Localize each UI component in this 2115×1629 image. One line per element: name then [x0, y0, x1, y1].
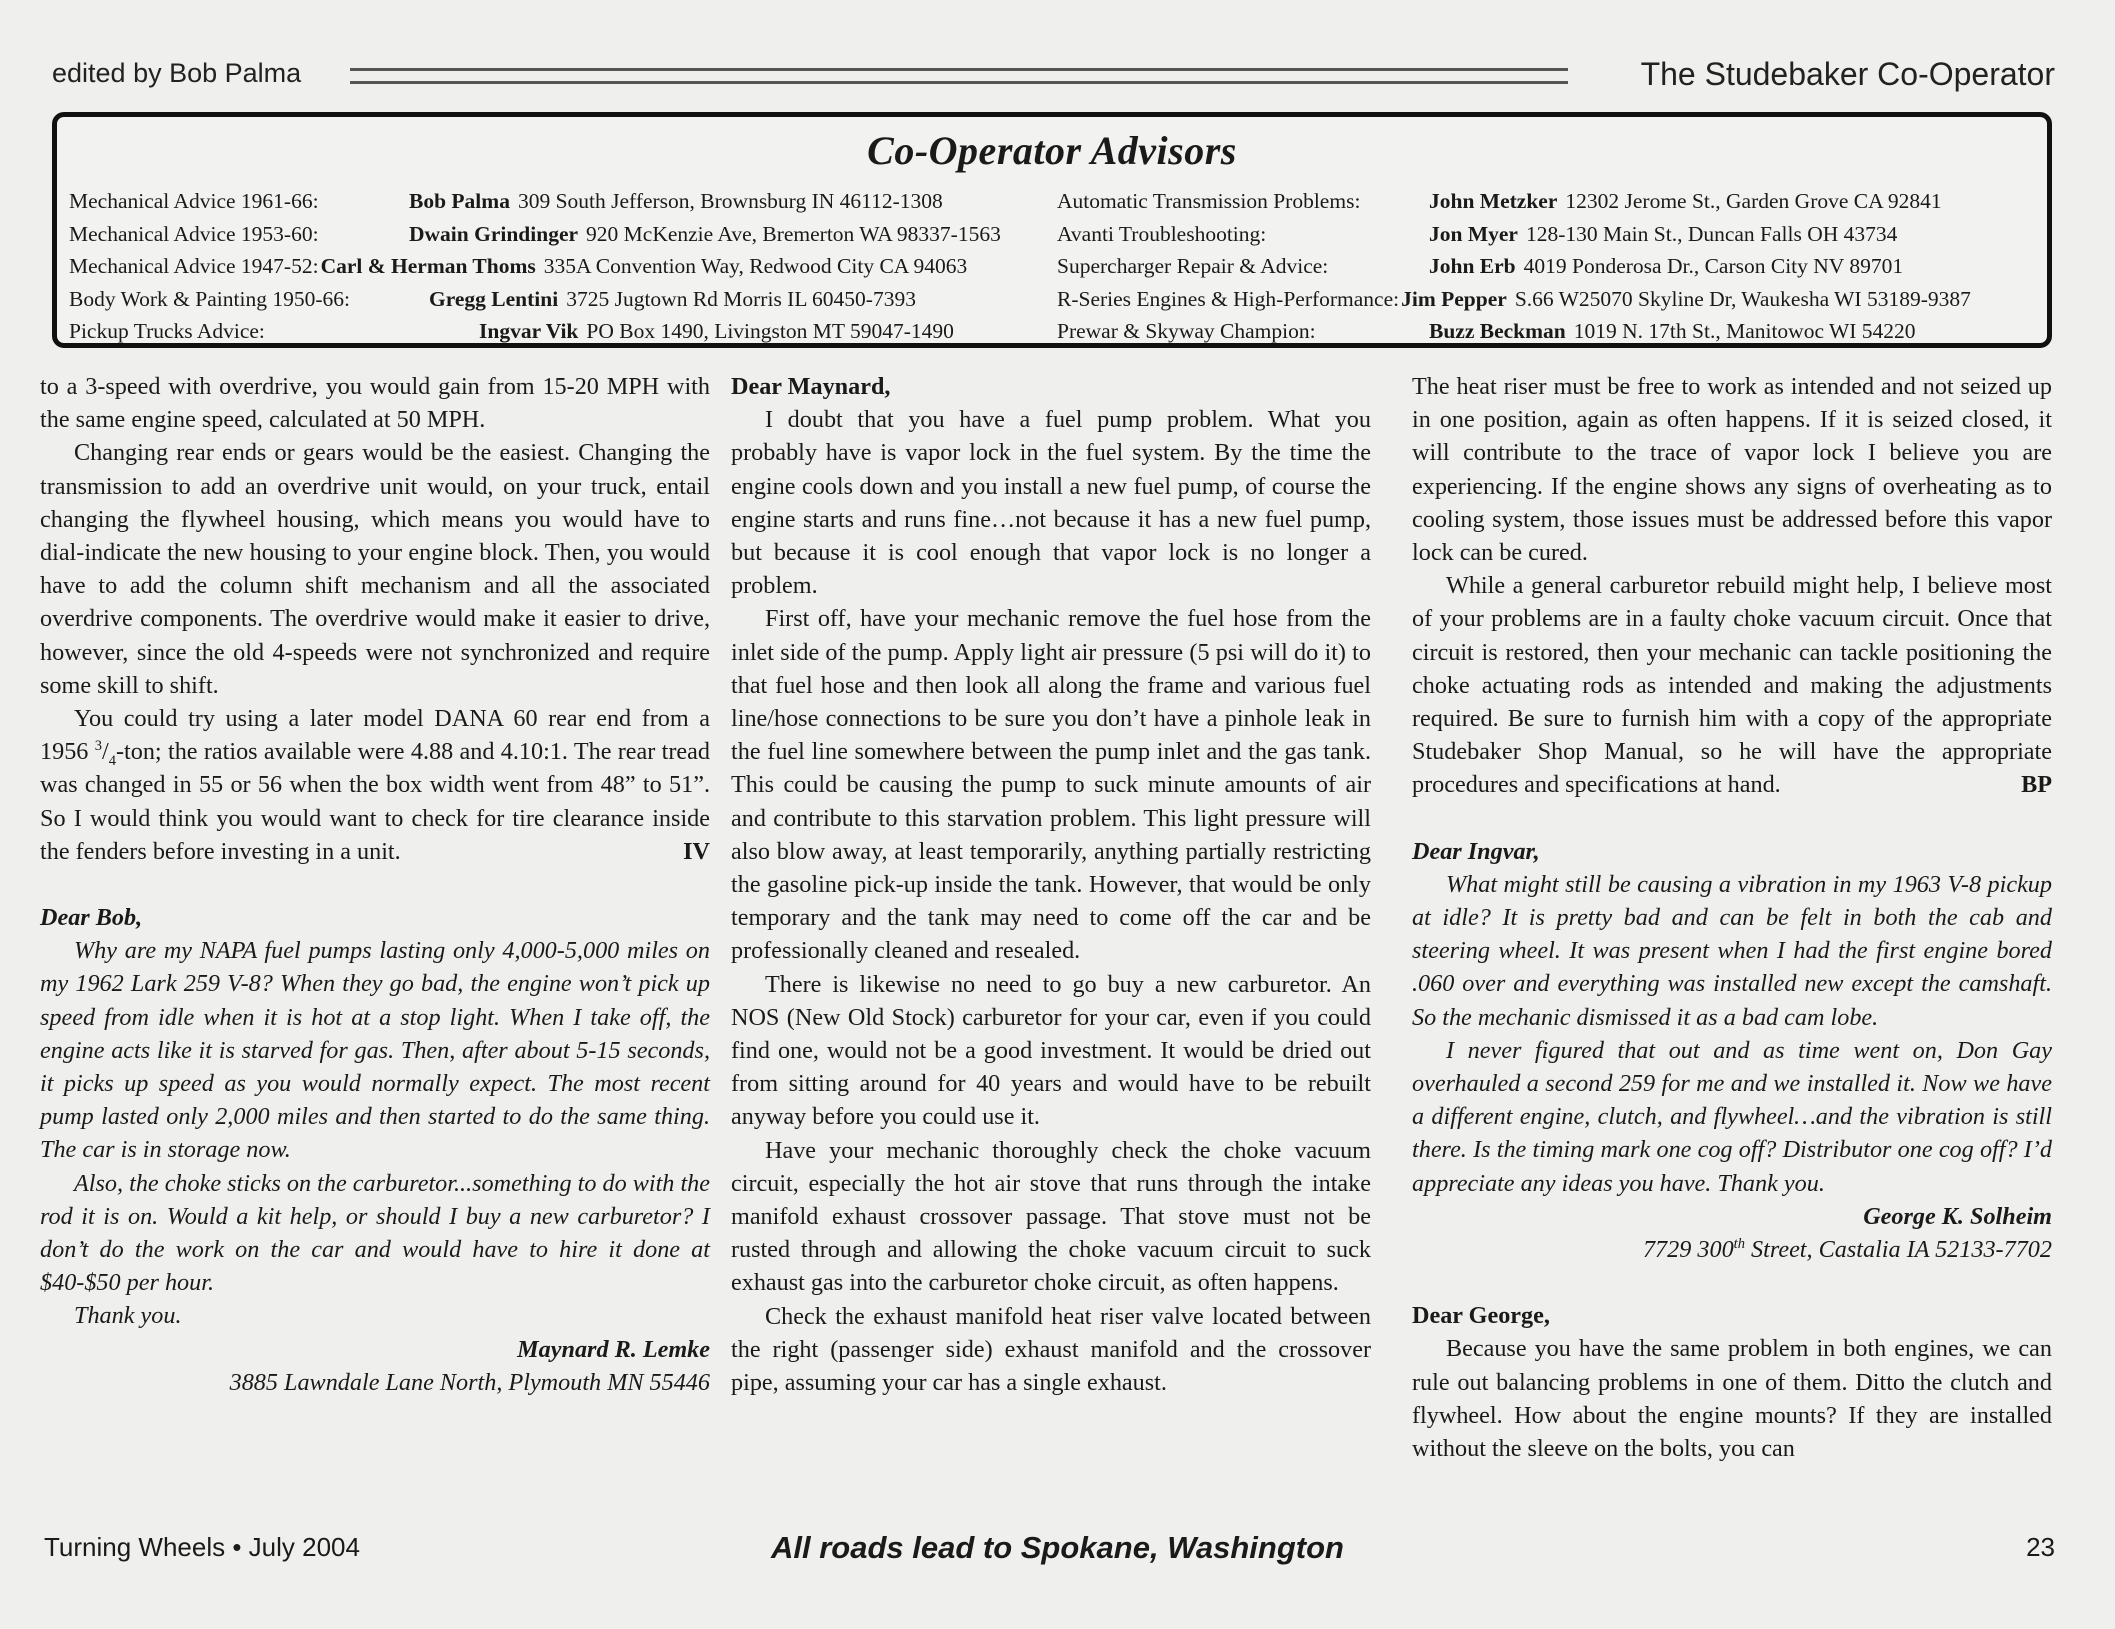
advisor-name: Jon Myer [1429, 218, 1518, 251]
advisors-box: Co-Operator Advisors Mechanical Advice 1… [52, 112, 2052, 348]
letter-signature: Maynard R. Lemke [40, 1333, 710, 1366]
body-paragraph: to a 3-speed with overdrive, you would g… [40, 370, 710, 436]
body-paragraph: I doubt that you have a fuel pump proble… [731, 403, 1371, 602]
letter-signature: George K. Solheim [1412, 1200, 2052, 1233]
header-double-rule [350, 68, 1568, 84]
advisor-category: Mechanical Advice 1953-60: [69, 218, 409, 251]
letter-salutation: Dear Bob, [40, 901, 710, 934]
body-paragraph: There is likewise no need to go buy a ne… [731, 968, 1371, 1134]
letter-salutation: Dear Ingvar, [1412, 835, 2052, 868]
author-initials: BP [1987, 768, 2052, 801]
advisor-name: Gregg Lentini [429, 283, 558, 316]
reply-salutation: Dear Maynard, [731, 370, 1371, 403]
letter-paragraph: Also, the choke sticks on the carburetor… [40, 1167, 710, 1300]
advisor-category: Automatic Transmission Problems: [1057, 185, 1429, 218]
advisor-name: Buzz Beckman [1429, 315, 1566, 348]
advisor-address: 1019 N. 17th St., Manitowoc WI 54220 [1574, 315, 1916, 348]
advisor-address: S.66 W25070 Skyline Dr, Waukesha WI 5318… [1515, 283, 1971, 316]
advisor-address: 309 South Jefferson, Brownsburg IN 46112… [518, 185, 943, 218]
advisor-address: 4019 Ponderosa Dr., Carson City NV 89701 [1524, 250, 1903, 283]
advisors-right-column: Automatic Transmission Problems:John Met… [1057, 185, 2047, 348]
advisor-row: Supercharger Repair & Advice:John Erb401… [1057, 250, 2047, 283]
advisor-address: 335A Convention Way, Redwood City CA 940… [544, 250, 968, 283]
author-initials: IV [649, 835, 710, 868]
advisor-row: Mechanical Advice 1953-60:Dwain Grinding… [69, 218, 1069, 251]
body-paragraph: First off, have your mechanic remove the… [731, 602, 1371, 967]
body-paragraph: Changing rear ends or gears would be the… [40, 436, 710, 702]
advisor-category: Body Work & Painting 1950-66: [69, 283, 429, 316]
advisors-left-column: Mechanical Advice 1961-66:Bob Palma309 S… [69, 185, 1069, 348]
reader-letter: Dear Bob, Why are my NAPA fuel pumps las… [40, 901, 710, 1399]
advisor-category: Prewar & Skyway Champion: [1057, 315, 1429, 348]
advisor-row: R-Series Engines & High-Performance:Jim … [1057, 283, 2047, 316]
body-paragraph: Check the exhaust manifold heat riser va… [731, 1300, 1371, 1400]
advisor-row: Automatic Transmission Problems:John Met… [1057, 185, 2047, 218]
advisor-address: 12302 Jerome St., Garden Grove CA 92841 [1565, 185, 1941, 218]
body-paragraph: Because you have the same problem in bot… [1412, 1332, 2052, 1465]
advisor-category: Mechanical Advice 1947-52: [69, 250, 319, 283]
article-column-3: The heat riser must be free to work as i… [1412, 370, 2052, 1465]
advisor-row: Avanti Troubleshooting:Jon Myer128-130 M… [1057, 218, 2047, 251]
advisor-row: Mechanical Advice 1947-52:Carl & Herman … [69, 250, 1069, 283]
advisor-name: Bob Palma [409, 185, 510, 218]
article-column-1: to a 3-speed with overdrive, you would g… [40, 370, 710, 1399]
advisor-category: Avanti Troubleshooting: [1057, 218, 1429, 251]
advisor-address: 3725 Jugtown Rd Morris IL 60450-7393 [566, 283, 916, 316]
advisor-row: Body Work & Painting 1950-66:Gregg Lenti… [69, 283, 1069, 316]
advisor-name: Carl & Herman Thoms [321, 250, 536, 283]
advisor-name: Jim Pepper [1401, 283, 1507, 316]
advisor-row: Pickup Trucks Advice:Ingvar VikPO Box 14… [69, 315, 1069, 348]
body-paragraph: While a general carburetor rebuild might… [1412, 569, 2052, 801]
footer-tagline: All roads lead to Spokane, Washington [0, 1530, 2115, 1566]
advisors-title: Co-Operator Advisors [57, 127, 2047, 174]
letter-paragraph: Thank you. [40, 1299, 710, 1332]
section-title: The Studebaker Co-Operator [1641, 56, 2055, 93]
letter-address: 7729 300th Street, Castalia IA 52133-770… [1412, 1233, 2052, 1266]
advisor-name: John Metzker [1429, 185, 1557, 218]
advisor-category: Pickup Trucks Advice: [69, 315, 479, 348]
body-paragraph: Have your mechanic thoroughly check the … [731, 1134, 1371, 1300]
body-paragraph: You could try using a later model DANA 6… [40, 702, 710, 868]
letter-paragraph: I never figured that out and as time wen… [1412, 1034, 2052, 1200]
advisor-category: R-Series Engines & High-Performance: [1057, 283, 1399, 316]
advisor-address: 128-130 Main St., Duncan Falls OH 43734 [1526, 218, 1897, 251]
advisor-row: Prewar & Skyway Champion:Buzz Beckman101… [1057, 315, 2047, 348]
advisor-category: Supercharger Repair & Advice: [1057, 250, 1429, 283]
advisor-name: Dwain Grindinger [409, 218, 578, 251]
advisor-row: Mechanical Advice 1961-66:Bob Palma309 S… [69, 185, 1069, 218]
advisor-name: John Erb [1429, 250, 1516, 283]
letter-paragraph: What might still be causing a vibration … [1412, 868, 2052, 1034]
editor-credit: edited by Bob Palma [52, 58, 301, 89]
advisor-address: PO Box 1490, Livingston MT 59047-1490 [586, 315, 954, 348]
reader-letter: Dear Ingvar, What might still be causing… [1412, 835, 2052, 1267]
letter-paragraph: Why are my NAPA fuel pumps lasting only … [40, 934, 710, 1166]
body-paragraph: The heat riser must be free to work as i… [1412, 370, 2052, 569]
article-column-2: Dear Maynard, I doubt that you have a fu… [731, 370, 1371, 1399]
advisor-category: Mechanical Advice 1961-66: [69, 185, 409, 218]
advisor-address: 920 McKenzie Ave, Bremerton WA 98337-156… [586, 218, 1001, 251]
advisor-name: Ingvar Vik [479, 315, 578, 348]
letter-address: 3885 Lawndale Lane North, Plymouth MN 55… [40, 1366, 710, 1399]
reply-salutation: Dear George, [1412, 1299, 2052, 1332]
page-number: 23 [2026, 1532, 2055, 1563]
